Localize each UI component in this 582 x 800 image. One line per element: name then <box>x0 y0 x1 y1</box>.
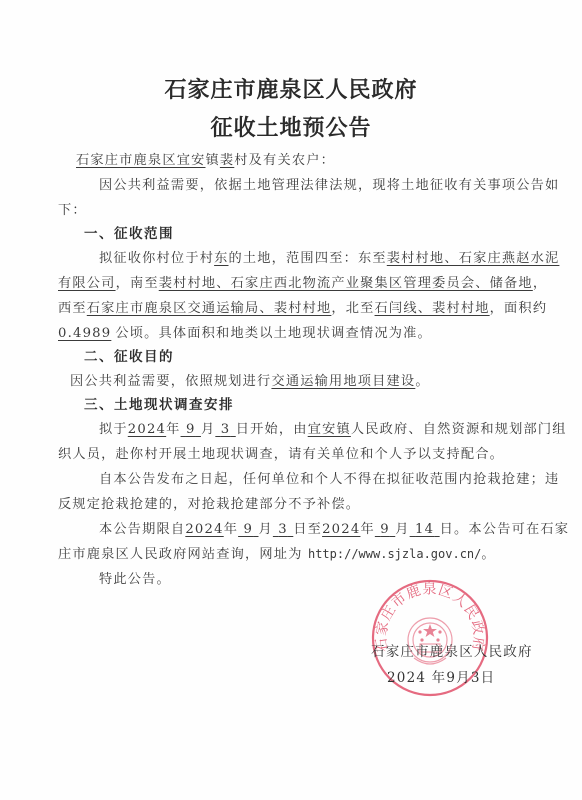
document-title-line2: 征收土地预公告 <box>0 111 582 142</box>
project-name: 交通运输用地项目建设 <box>271 374 415 389</box>
issue-date: 2024 年9月3日 <box>387 666 495 686</box>
survey-line2: 织人员，赴你村开展土地现状调查，请有关单位和个人予以支持配合。 <box>58 442 504 467</box>
addressee-underlined: 石家庄市鹿泉区宜安 <box>76 153 206 168</box>
area-value: 0.4989 <box>58 326 111 341</box>
addressee: 石家庄市鹿泉区宜安镇裴村及有关农户： <box>76 148 335 173</box>
north-boundary: 石闫线、裴村村地 <box>375 301 490 316</box>
document-page: 石家庄市鹿泉区人民政府 征收土地预公告 石家庄市鹿泉区宜安镇裴村及有关农户： 因… <box>0 0 582 800</box>
south-boundary: 裴村村地、石家庄西北物流产业聚集区管理委员会、储备地 <box>159 276 533 291</box>
scope-line2: 有限公司，南至裴村村地、石家庄西北物流产业聚集区管理委员会、储备地， <box>58 271 547 296</box>
scope-line4: 0.4989公顷。具体面积和地类以土地现状调查情况为准。 <box>58 321 432 346</box>
period-line2: 庄市鹿泉区人民政府网站查询，网址为 http://www.sjzla.gov.c… <box>58 542 496 567</box>
section-heading-purpose: 二、征收目的 <box>84 345 174 370</box>
prohibition-line2: 反规定抢栽抢建的，对抢栽抢建部分不予补偿。 <box>58 492 360 517</box>
period-line1: 本公告期限自2024年 9 月 3 日至2024年 9 月 14 日。本公告可在… <box>72 517 569 542</box>
scope-line1: 拟征收你村位于村东的土地，范围四至：东至裴村村地、石家庄燕赵水泥 <box>72 246 559 271</box>
east-boundary: 裴村村地、石家庄燕赵水泥 <box>387 251 560 266</box>
website-link[interactable]: http://www.sjzla.gov.cn/ <box>308 547 481 561</box>
closing-line: 特此公告。 <box>72 567 171 592</box>
section-heading-scope: 一、征收范围 <box>84 222 174 247</box>
west-boundary: 石家庄市鹿泉区交通运输局、裴村村地 <box>87 301 332 316</box>
survey-line1: 拟于2024年 9 月 3 日开始，由宜安镇人民政府、自然资源和规划部门组 <box>72 417 567 442</box>
prohibition-line1: 自本公告发布之日起，任何单位和个人不得在拟征收范围内抢栽抢建；违 <box>72 467 559 492</box>
purpose-line: 因公共利益需要，依照规划进行交通运输用地项目建设。 <box>70 369 430 394</box>
section-heading-survey: 三、土地现状调查安排 <box>84 393 234 418</box>
scope-line3: 西至石家庄市鹿泉区交通运输局、裴村村地，北至石闫线、裴村村地，面积约 <box>58 296 547 321</box>
intro-line1: 因公共利益需要，依据土地管理法律法规，现将土地征收有关事项公告如 <box>72 173 559 198</box>
document-title-line1: 石家庄市鹿泉区人民政府 <box>0 73 582 104</box>
intro-line2: 下： <box>58 198 87 223</box>
issuer-signature: 石家庄市鹿泉区人民政府 <box>371 640 533 660</box>
